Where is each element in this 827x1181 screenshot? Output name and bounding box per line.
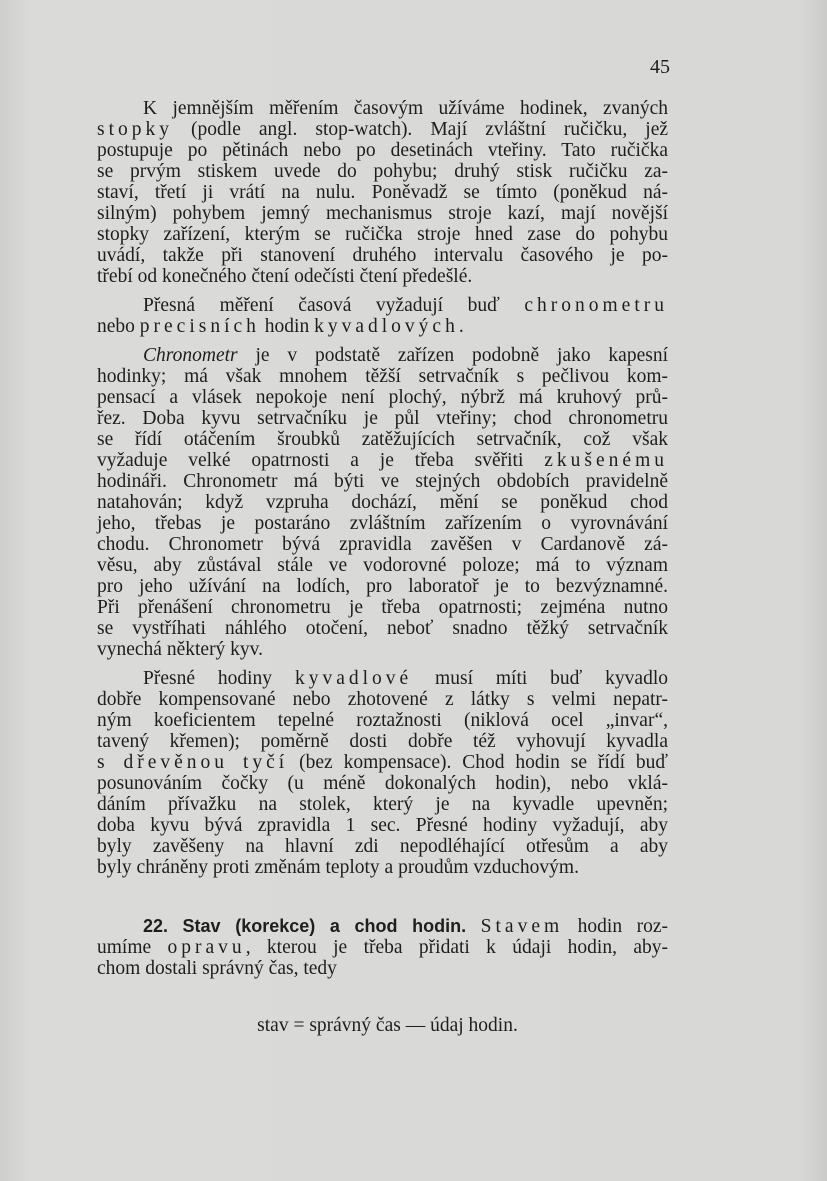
- text-line: nebo precisních hodin kyvadlových.: [97, 316, 668, 337]
- emphasized-term: zkušenému: [544, 450, 668, 471]
- body-text: K jemnějším měřením časovým užíváme hodi…: [97, 98, 668, 1037]
- text-run: postupuje po pětinách nebo po desetinách…: [97, 140, 668, 161]
- text-run: posunováním čočky (u méně dokonalých hod…: [97, 773, 668, 794]
- text-run: dobře kompensované nebo zhotovené z látk…: [97, 689, 668, 710]
- paragraph-pendulum-clocks: Přesné hodiny kyvadlové musí míti buď ky…: [97, 668, 668, 878]
- text-run: byly chráněny proti změnám teploty a pro…: [97, 857, 579, 878]
- emphasized-term: opravu: [168, 937, 246, 958]
- text-run: , kterou je třeba přidati k údaji hodin,…: [246, 937, 668, 958]
- emphasized-term: kyvadlové: [295, 668, 412, 689]
- document-page: 45 K jemnějším měřením časovým užíváme h…: [0, 0, 827, 1181]
- text-line: stopky zařízení, kterým se ručička stroj…: [97, 224, 668, 245]
- text-line: doba kyvu bývá zpravidla 1 sec. Přesné h…: [97, 815, 668, 836]
- text-line: pro jeho užívání na lodích, pro laborato…: [97, 576, 668, 597]
- page-number: 45: [640, 56, 670, 79]
- text-line: posunováním čočky (u méně dokonalých hod…: [97, 773, 668, 794]
- paragraph-gap: [97, 287, 668, 295]
- paragraph-gap: [97, 660, 668, 668]
- paragraph-stopky: K jemnějším měřením časovým užíváme hodi…: [97, 98, 668, 287]
- text-run: tavený křemen); poměrně dosti dobře též …: [97, 731, 668, 752]
- text-line: věsu, aby zůstával stále ve vodorovné po…: [97, 555, 668, 576]
- text-run: (bez kompensace). Chod hodin se řídí buď: [288, 752, 668, 773]
- text-run: hodinky; má však mnohem těžší setrvačník…: [97, 366, 668, 387]
- paragraph-chronometr: Chronometr je v podstatě zařízen podobně…: [97, 345, 668, 660]
- text-line: silným) pohybem jemný mechanismus stroje…: [97, 203, 668, 224]
- text-run: hodin: [260, 316, 314, 337]
- text-run: vyžaduje velké opatrnosti a je třeba svě…: [97, 450, 544, 471]
- text-run: Přesné hodiny: [143, 668, 295, 689]
- text-line: byly zavěšeny na hlavní zdi nepodléhajíc…: [97, 836, 668, 857]
- text-line: dáním přívažku na stolek, který je na ky…: [97, 794, 668, 815]
- text-run: chodu. Chronometr bývá zpravidla zavěšen…: [97, 534, 668, 555]
- text-run: hodin roz-: [563, 916, 668, 937]
- emphasized-term: kyvadlových.: [314, 316, 468, 337]
- formula: stav = správný čas — údaj hodin.: [97, 1015, 668, 1037]
- text-line: dobře kompensované nebo zhotovené z látk…: [97, 689, 668, 710]
- emphasized-term: chronometru: [524, 295, 668, 316]
- text-run: se vystříhati náhlého otočení, neboť sna…: [97, 618, 668, 639]
- text-run: je v podstatě zařízen podobně jako kapes…: [238, 345, 668, 366]
- text-run: (podle angl. stop-watch). Mají zvláštní …: [173, 119, 668, 140]
- text-line: staví, třetí ji vrátí na nulu. Poněvadž …: [97, 182, 668, 203]
- text-line: se řídí otáčením šroubků zatěžujících se…: [97, 429, 668, 450]
- text-run: umíme: [97, 937, 168, 958]
- paragraph-gap: [97, 337, 668, 345]
- text-line: 22. Stav (korekce) a chod hodin. Stavem …: [97, 916, 668, 937]
- text-line: Přesné hodiny kyvadlové musí míti buď ky…: [97, 668, 668, 689]
- section-gap: [97, 878, 668, 916]
- text-run: věsu, aby zůstával stále ve vodorovné po…: [97, 555, 668, 576]
- emphasized-term: precisních: [140, 316, 260, 337]
- text-line: stopky (podle angl. stop-watch). Mají zv…: [97, 119, 668, 140]
- italic-term: Chronometr: [143, 345, 238, 366]
- text-line: řez. Doba kyvu setrvačníku je půl vteřin…: [97, 408, 668, 429]
- text-run: pro jeho užívání na lodích, pro laborato…: [97, 576, 668, 597]
- text-line: Chronometr je v podstatě zařízen podobně…: [97, 345, 668, 366]
- text-line: postupuje po pětinách nebo po desetinách…: [97, 140, 668, 161]
- text-line: byly chráněny proti změnám teploty a pro…: [97, 857, 668, 878]
- text-run: Při přenášení chronometru je třeba opatr…: [97, 597, 668, 618]
- text-run: doba kyvu bývá zpravidla 1 sec. Přesné h…: [97, 815, 668, 836]
- text-run: K jemnějším měřením časovým užíváme hodi…: [143, 98, 668, 119]
- text-run: uvádí, takže při stanovení druhého inter…: [97, 245, 668, 266]
- text-line: s dřevěnou tyčí (bez kompensace). Chod h…: [97, 752, 668, 773]
- text-run: nebo: [97, 316, 140, 337]
- text-line: vyžaduje velké opatrnosti a je třeba svě…: [97, 450, 668, 471]
- text-line: třebí od konečného čtení odečísti čtení …: [97, 266, 668, 287]
- section-number: 22.: [143, 916, 168, 936]
- paragraph-precise-measurement: Přesná měření časová vyžadují buď chrono…: [97, 295, 668, 337]
- emphasized-term: Stavem: [481, 916, 564, 937]
- text-run: se řídí otáčením šroubků zatěžujících se…: [97, 429, 668, 450]
- text-line: jeho, třebas je postaráno zvláštním zaří…: [97, 513, 668, 534]
- text-line: hodinky; má však mnohem těžší setrvačník…: [97, 366, 668, 387]
- text-line: uvádí, takže při stanovení druhého inter…: [97, 245, 668, 266]
- section-22: 22. Stav (korekce) a chod hodin. Stavem …: [97, 916, 668, 1037]
- text-line: Přesná měření časová vyžadují buď chrono…: [97, 295, 668, 316]
- text-run: byly zavěšeny na hlavní zdi nepodléhajíc…: [97, 836, 668, 857]
- text-run: hodináři. Chronometr má býti ve stejných…: [97, 471, 668, 492]
- emphasized-term: stopky: [97, 119, 173, 140]
- emphasized-term: s dřevěnou tyčí: [97, 752, 288, 773]
- text-run: řez. Doba kyvu setrvačníku je půl vteřin…: [97, 408, 668, 429]
- text-line: chodu. Chronometr bývá zpravidla zavěšen…: [97, 534, 668, 555]
- text-run: stopky zařízení, kterým se ručička stroj…: [97, 224, 668, 245]
- text-line: hodináři. Chronometr má býti ve stejných…: [97, 471, 668, 492]
- text-line: Při přenášení chronometru je třeba opatr…: [97, 597, 668, 618]
- text-line: se prvým stiskem uvede do pohybu; druhý …: [97, 161, 668, 182]
- text-run: silným) pohybem jemný mechanismus stroje…: [97, 203, 668, 224]
- text-line: umíme opravu, kterou je třeba přidati k …: [97, 937, 668, 958]
- text-line: natahován; když vzpruha dochází, mění se…: [97, 492, 668, 513]
- text-run: vynechá některý kyv.: [97, 639, 263, 660]
- text-line: se vystříhati náhlého otočení, neboť sna…: [97, 618, 668, 639]
- text-line: vynechá některý kyv.: [97, 639, 668, 660]
- text-run: natahován; když vzpruha dochází, mění se…: [97, 492, 668, 513]
- text-run: se prvým stiskem uvede do pohybu; druhý …: [97, 161, 668, 182]
- text-run: jeho, třebas je postaráno zvláštním zaří…: [97, 513, 668, 534]
- text-run: Přesná měření časová vyžadují buď: [143, 295, 524, 316]
- text-line: chom dostali správný čas, tedy: [97, 958, 668, 979]
- text-line: K jemnějším měřením časovým užíváme hodi…: [97, 98, 668, 119]
- text-run: chom dostali správný čas, tedy: [97, 958, 337, 979]
- text-run: dáním přívažku na stolek, který je na ky…: [97, 794, 668, 815]
- text-run: ným koeficientem tepelné roztažnosti (ni…: [97, 710, 668, 731]
- text-run: třebí od konečného čtení odečísti čtení …: [97, 266, 472, 287]
- text-line: pensací a vlásek nepokoje není plochý, n…: [97, 387, 668, 408]
- text-run: pensací a vlásek nepokoje není plochý, n…: [97, 387, 668, 408]
- section-title: Stav (korekce) a chod hodin.: [183, 916, 467, 936]
- text-run: musí míti buď kyvadlo: [412, 668, 668, 689]
- text-line: ným koeficientem tepelné roztažnosti (ni…: [97, 710, 668, 731]
- text-line: tavený křemen); poměrně dosti dobře též …: [97, 731, 668, 752]
- text-run: staví, třetí ji vrátí na nulu. Poněvadž …: [97, 182, 668, 203]
